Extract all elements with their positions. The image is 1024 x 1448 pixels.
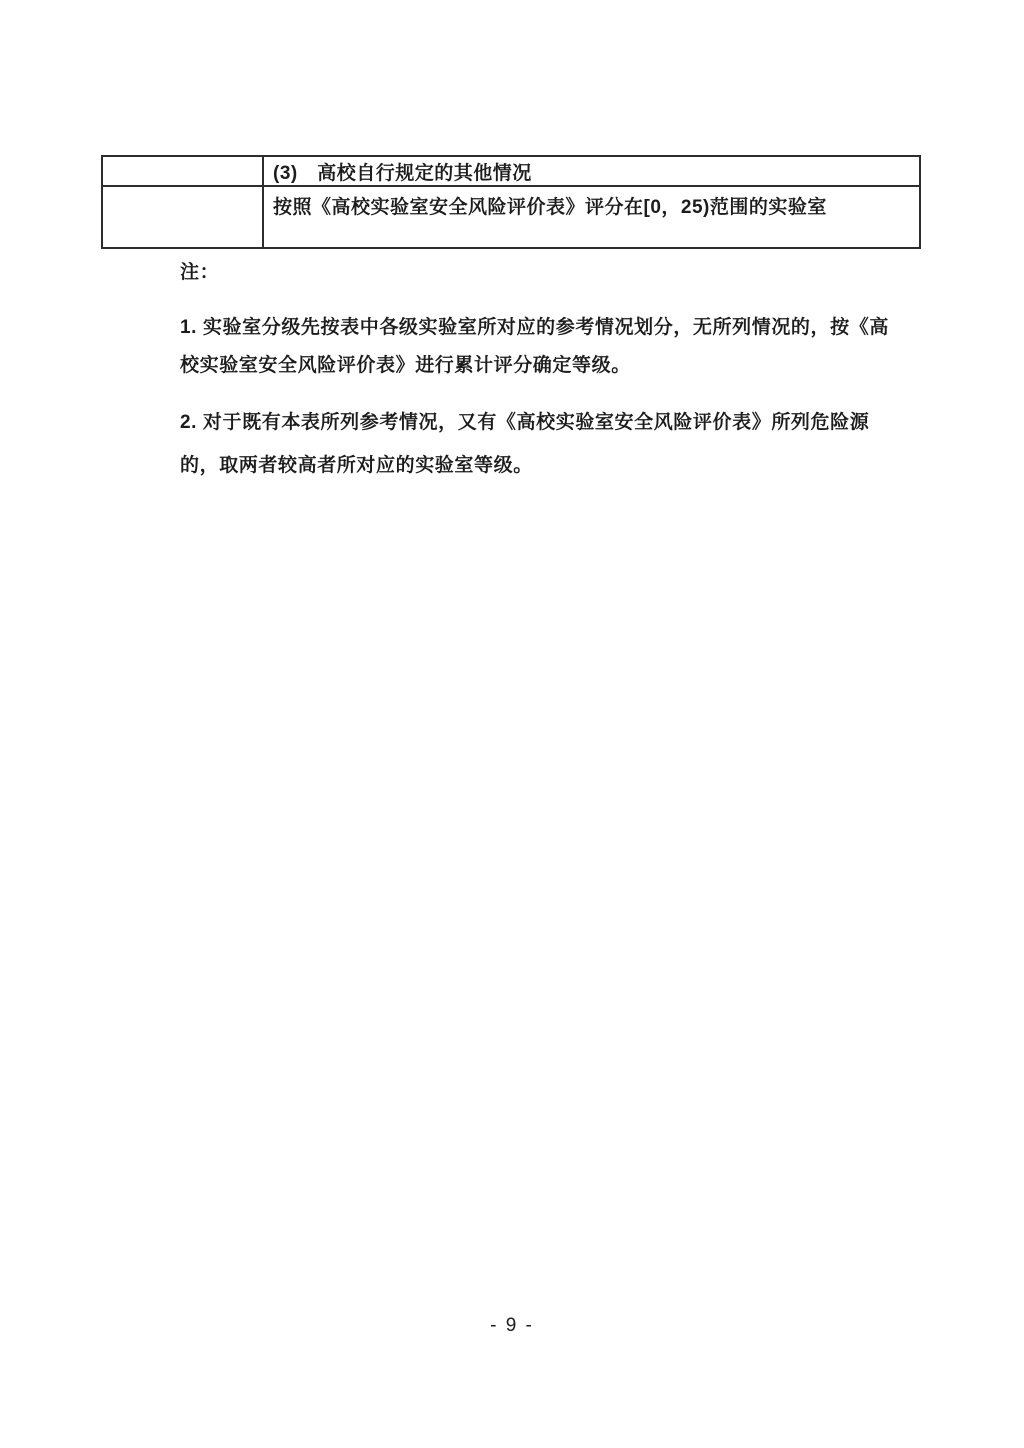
table-row: 按照《高校实验室安全风险评价表》评分在[0，25)范围的实验室	[102, 186, 920, 248]
notes-heading: 注：	[180, 257, 219, 284]
table-cell: 按照《高校实验室安全风险评价表》评分在[0，25)范围的实验室	[263, 186, 920, 248]
document-page: (3) 高校自行规定的其他情况 按照《高校实验室安全风险评价表》评分在[0，25…	[0, 0, 1024, 1448]
lab-classification-table: (3) 高校自行规定的其他情况 按照《高校实验室安全风险评价表》评分在[0，25…	[101, 155, 921, 249]
note-1-line-2: 校实验室安全风险评价表》进行累计评分确定等级。	[180, 350, 631, 377]
note-1-line-1: 1. 实验室分级先按表中各级实验室所对应的参考情况划分，无所列情况的，按《高	[180, 312, 889, 339]
note-2-line-1: 2. 对于既有本表所列参考情况，又有《高校实验室安全风险评价表》所列危险源	[180, 407, 869, 434]
table-row: (3) 高校自行规定的其他情况	[102, 156, 920, 186]
table-cell-text: 按照《高校实验室安全风险评价表》评分在[0，25)范围的实验室	[264, 192, 919, 219]
table-cell-empty	[102, 156, 263, 186]
table-cell-empty	[102, 186, 263, 248]
page-number: - 9 -	[0, 1315, 1024, 1337]
table-cell-text: (3) 高校自行规定的其他情况	[264, 158, 919, 185]
table-cell: (3) 高校自行规定的其他情况	[263, 156, 920, 186]
note-2-line-2: 的，取两者较高者所对应的实验室等级。	[180, 450, 533, 477]
